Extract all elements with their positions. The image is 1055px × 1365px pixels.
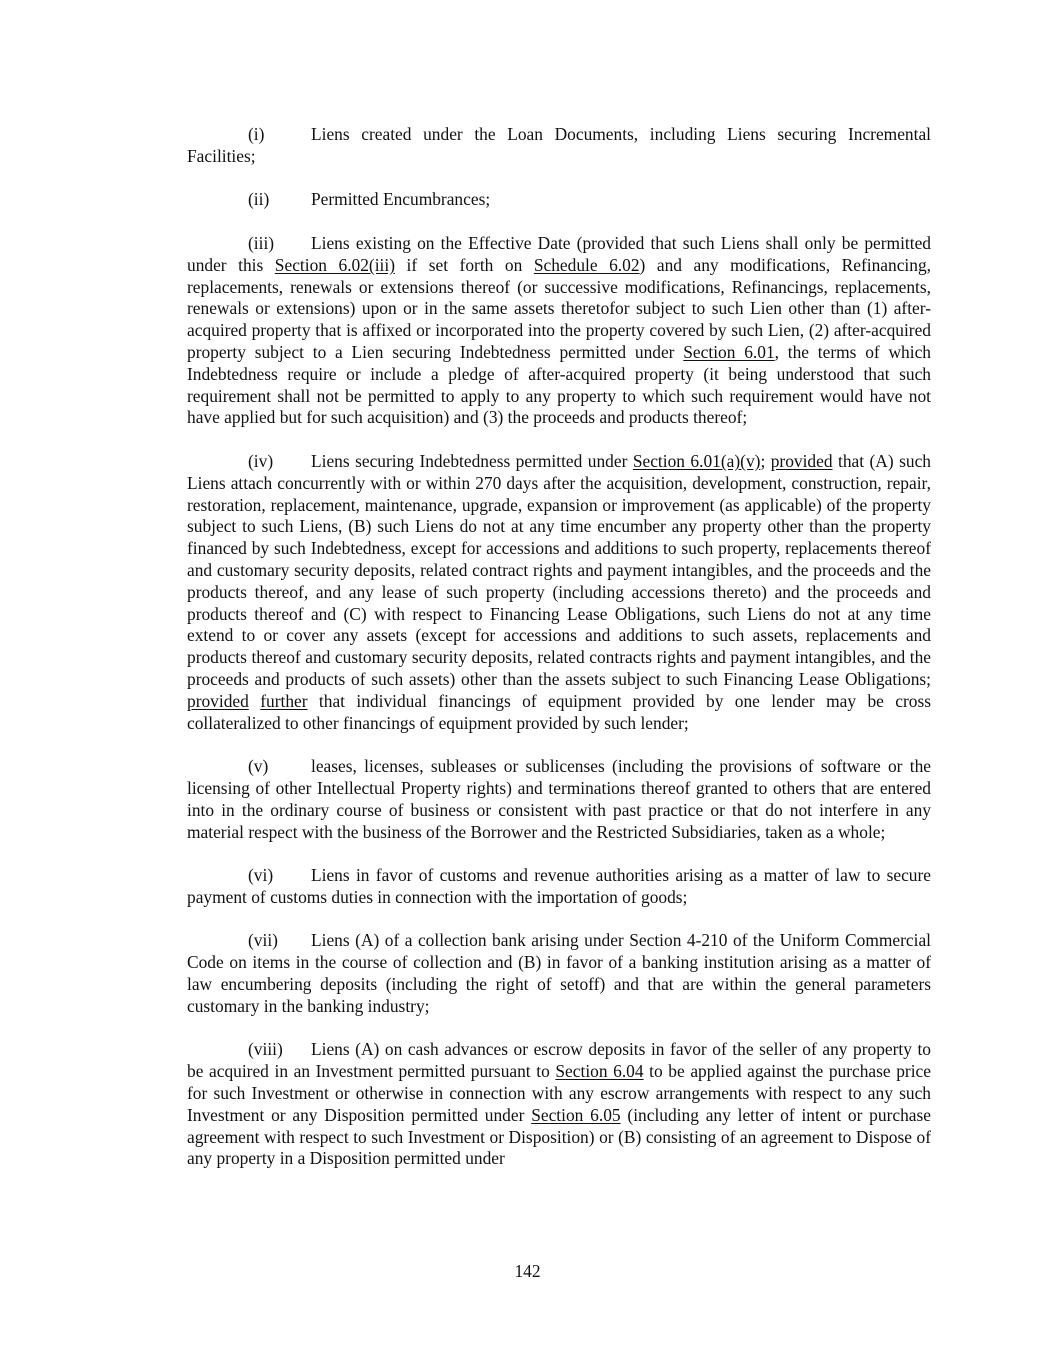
clause-vii: (vii)Liens (A) of a collection bank aris…	[187, 930, 931, 1017]
clause-marker: (ii)	[248, 189, 311, 211]
page-number: 142	[0, 1261, 1055, 1282]
clause-marker: (iv)	[248, 451, 311, 473]
section-reference: Section 6.01(a)(v)	[633, 451, 761, 471]
clause-marker: (vii)	[248, 930, 311, 952]
clause-text: that (A) such Liens attach concurrently …	[187, 451, 931, 689]
clause-ii: (ii)Permitted Encumbrances;	[187, 189, 931, 211]
section-reference: Section 6.05	[531, 1105, 620, 1125]
clause-iv: (iv)Liens securing Indebtedness permitte…	[187, 451, 931, 734]
clause-marker: (viii)	[248, 1039, 311, 1061]
clause-v: (v)leases, licenses, subleases or sublic…	[187, 756, 931, 843]
schedule-reference: Schedule 6.02	[534, 255, 640, 275]
clause-text	[249, 691, 260, 711]
clause-text: if set forth on	[395, 255, 534, 275]
section-reference: Section 6.04	[555, 1061, 643, 1081]
further-term: further	[260, 691, 307, 711]
section-reference: Section 6.01	[683, 342, 774, 362]
section-reference: Section 6.02(iii)	[275, 255, 395, 275]
clause-marker: (vi)	[248, 865, 311, 887]
clause-marker: (v)	[248, 756, 311, 778]
clause-marker: (iii)	[248, 233, 311, 255]
clause-text: ;	[760, 451, 770, 471]
clause-i: (i)Liens created under the Loan Document…	[187, 124, 931, 168]
clause-text: Liens securing Indebtedness permitted un…	[311, 451, 633, 471]
clause-vi: (vi)Liens in favor of customs and revenu…	[187, 865, 931, 909]
clause-text: Permitted Encumbrances;	[311, 189, 490, 209]
clause-marker: (i)	[248, 124, 311, 146]
clause-iii: (iii)Liens existing on the Effective Dat…	[187, 233, 931, 429]
provided-term: provided	[771, 451, 833, 471]
document-page: (i)Liens created under the Loan Document…	[187, 124, 931, 1192]
provided-term: provided	[187, 691, 249, 711]
clause-viii: (viii)Liens (A) on cash advances or escr…	[187, 1039, 931, 1170]
